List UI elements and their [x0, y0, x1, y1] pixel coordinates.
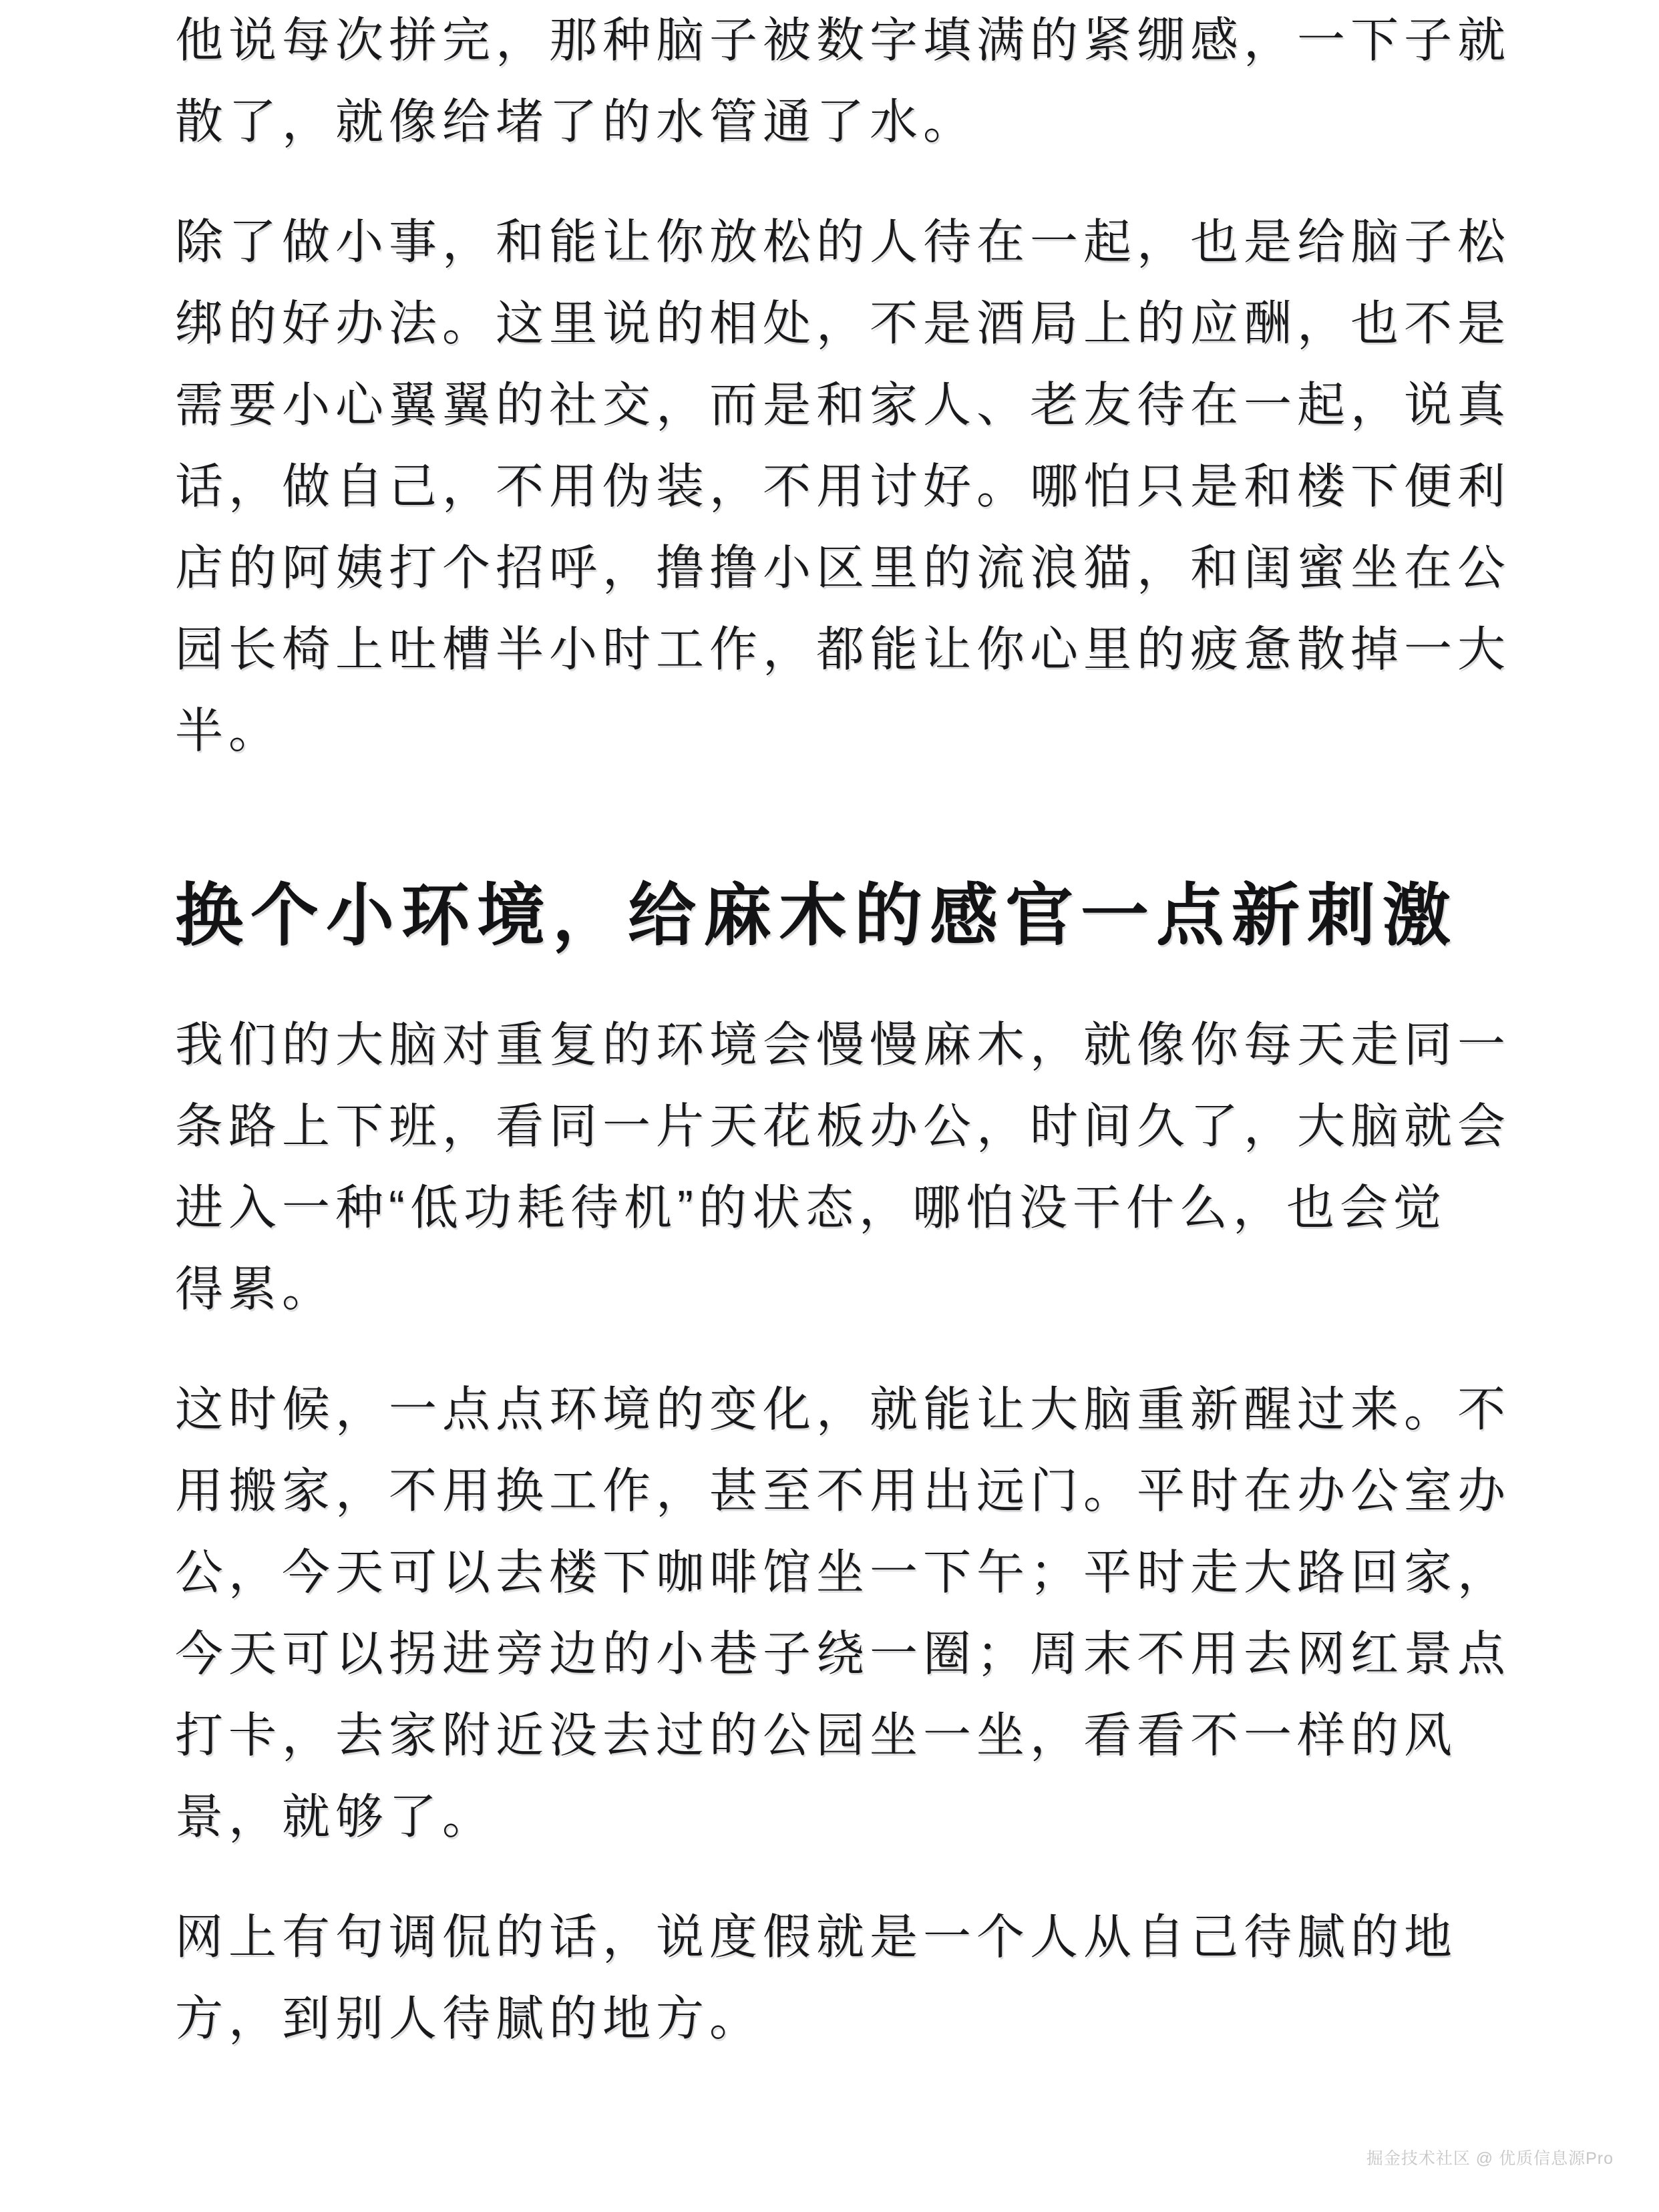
paragraph-vacation-joke: 网上有句调侃的话，说度假就是一个人从自己待腻的地 方，到别人待腻的地方。: [175, 1897, 1551, 2060]
paragraph-brain-numbness: 我们的大脑对重复的环境会慢慢麻木，就像你每天走同一 条路上下班，看同一片天花板办…: [175, 1004, 1551, 1330]
article-page: { "page": { "background_color": "#ffffff…: [0, 0, 1659, 2212]
paragraph-small-environment-change: 这时候，一点点环境的变化，就能让大脑重新醒过来。不 用搬家，不用换工作，甚至不用…: [175, 1369, 1551, 1858]
section-heading-change-environment: 换个小环境，给麻木的感官一点新刺激: [175, 866, 1551, 966]
paragraph-relaxing-company: 除了做小事，和能让你放松的人待在一起，也是给脑子松 绑的好办法。这里说的相处，不…: [175, 202, 1551, 772]
paragraph-puzzle-relief: 他说每次拼完，那种脑子被数字填满的紧绷感，一下子就 散了，就像给堵了的水管通了水…: [175, 0, 1551, 163]
article-body: 他说每次拼完，那种脑子被数字填满的紧绷感，一下子就 散了，就像给堵了的水管通了水…: [175, 0, 1551, 2098]
watermark: 掘金技术社区 @ 优质信息源Pro: [1366, 2145, 1614, 2169]
